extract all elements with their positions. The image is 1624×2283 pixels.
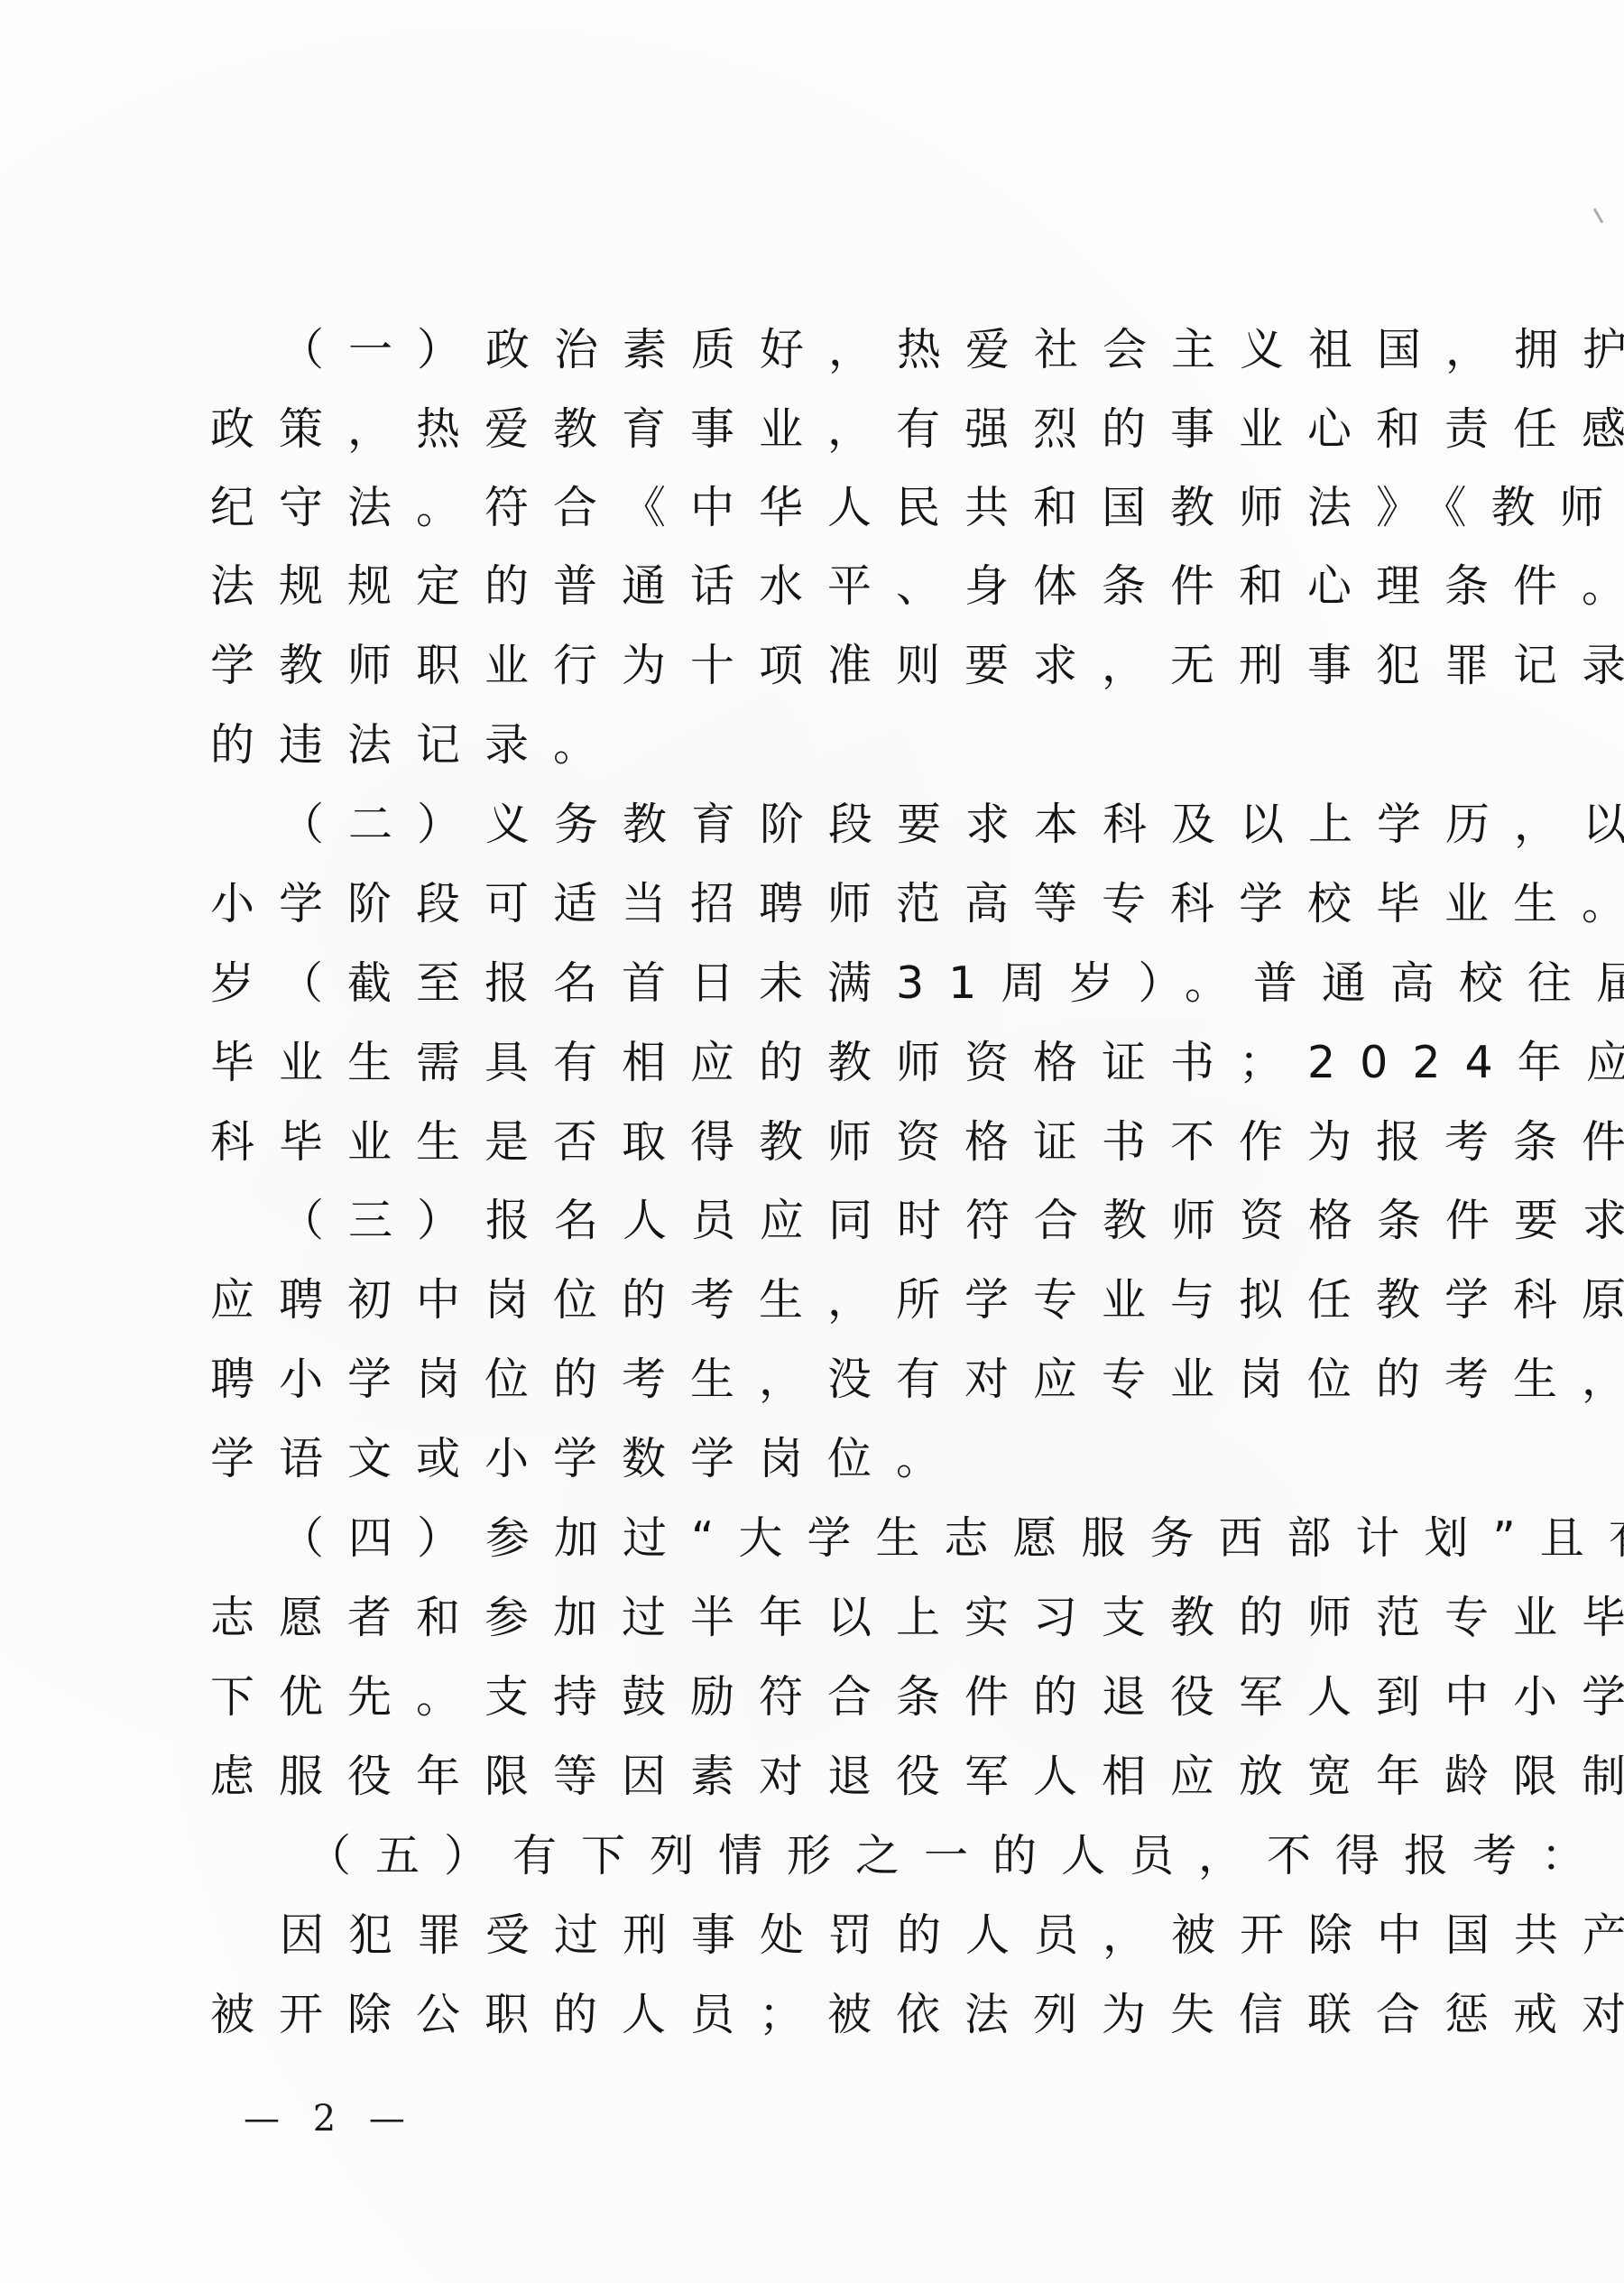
text-line: （三）报名人员应同时符合教师资格条件要求和招聘岗位要求。 [280, 1181, 1543, 1261]
text-line: 被开除公职的人员；被依法列为失信联合惩戒对象人员。在事业 [210, 1975, 1473, 2055]
text-line: 毕业生需具有相应的教师资格证书；2024年应届本科、师范类专 [210, 1023, 1473, 1103]
text-line: 纪守法。符合《中华人民共和国教师法》《教师资格条例》等法律 [210, 468, 1473, 548]
text-line: （一）政治素质好，热爱社会主义祖国，拥护党的各项方针、 [280, 310, 1543, 390]
scan-artifact-mark [1593, 208, 1604, 223]
text-line: 科毕业生是否取得教师资格证书不作为报考条件要求。 [210, 1103, 1473, 1182]
page-number: — 2 — [244, 2094, 416, 2144]
text-line: （四）参加过“大学生志愿服务西部计划”且有从教经历的 [280, 1499, 1543, 1578]
text-line: 学语文或小学数学岗位。 [210, 1419, 1473, 1499]
text-line: 应聘初中岗位的考生，所学专业与拟任教学科原则上应一致；应 [210, 1261, 1473, 1340]
text-line: 下优先。支持鼓励符合条件的退役军人到中小学任教，可综合考 [210, 1658, 1473, 1737]
text-line: 聘小学岗位的考生，没有对应专业岗位的考生，按文理科报考小 [210, 1340, 1473, 1419]
text-line: 学教师职业行为十项准则要求，无刑事犯罪记录和其他不得聘用 [210, 626, 1473, 706]
text-line: 法规规定的普通话水平、身体条件和心理条件。符合新时代中小 [210, 547, 1473, 626]
text-line: 政策，热爱教育事业，有强烈的事业心和责任感，品行端正，遵 [210, 390, 1473, 469]
text-line: 小学阶段可适当招聘师范高等专科学校毕业生。年龄不超过30周 [210, 864, 1473, 944]
text-line: 岁（截至报名首日未满31周岁）。普通高校往届本科、师范类专科 [210, 944, 1473, 1023]
text-line: （五）有下列情形之一的人员，不得报考： [307, 1816, 1570, 1896]
text-line: 因犯罪受过刑事处罚的人员，被开除中国共产党党籍的人员， [280, 1896, 1543, 1975]
document-page: （一）政治素质好，热爱社会主义祖国，拥护党的各项方针、 政策，热爱教育事业，有强… [0, 0, 1624, 2283]
text-line: （二）义务教育阶段要求本科及以上学历，以师范类专业为主， [280, 785, 1543, 864]
text-line: 的违法记录。 [210, 706, 1473, 785]
text-line: 虑服役年限等因素对退役军人相应放宽年龄限制。 [210, 1737, 1473, 1816]
text-line: 志愿者和参加过半年以上实习支教的师范专业毕业生同等条件 [210, 1578, 1473, 1658]
